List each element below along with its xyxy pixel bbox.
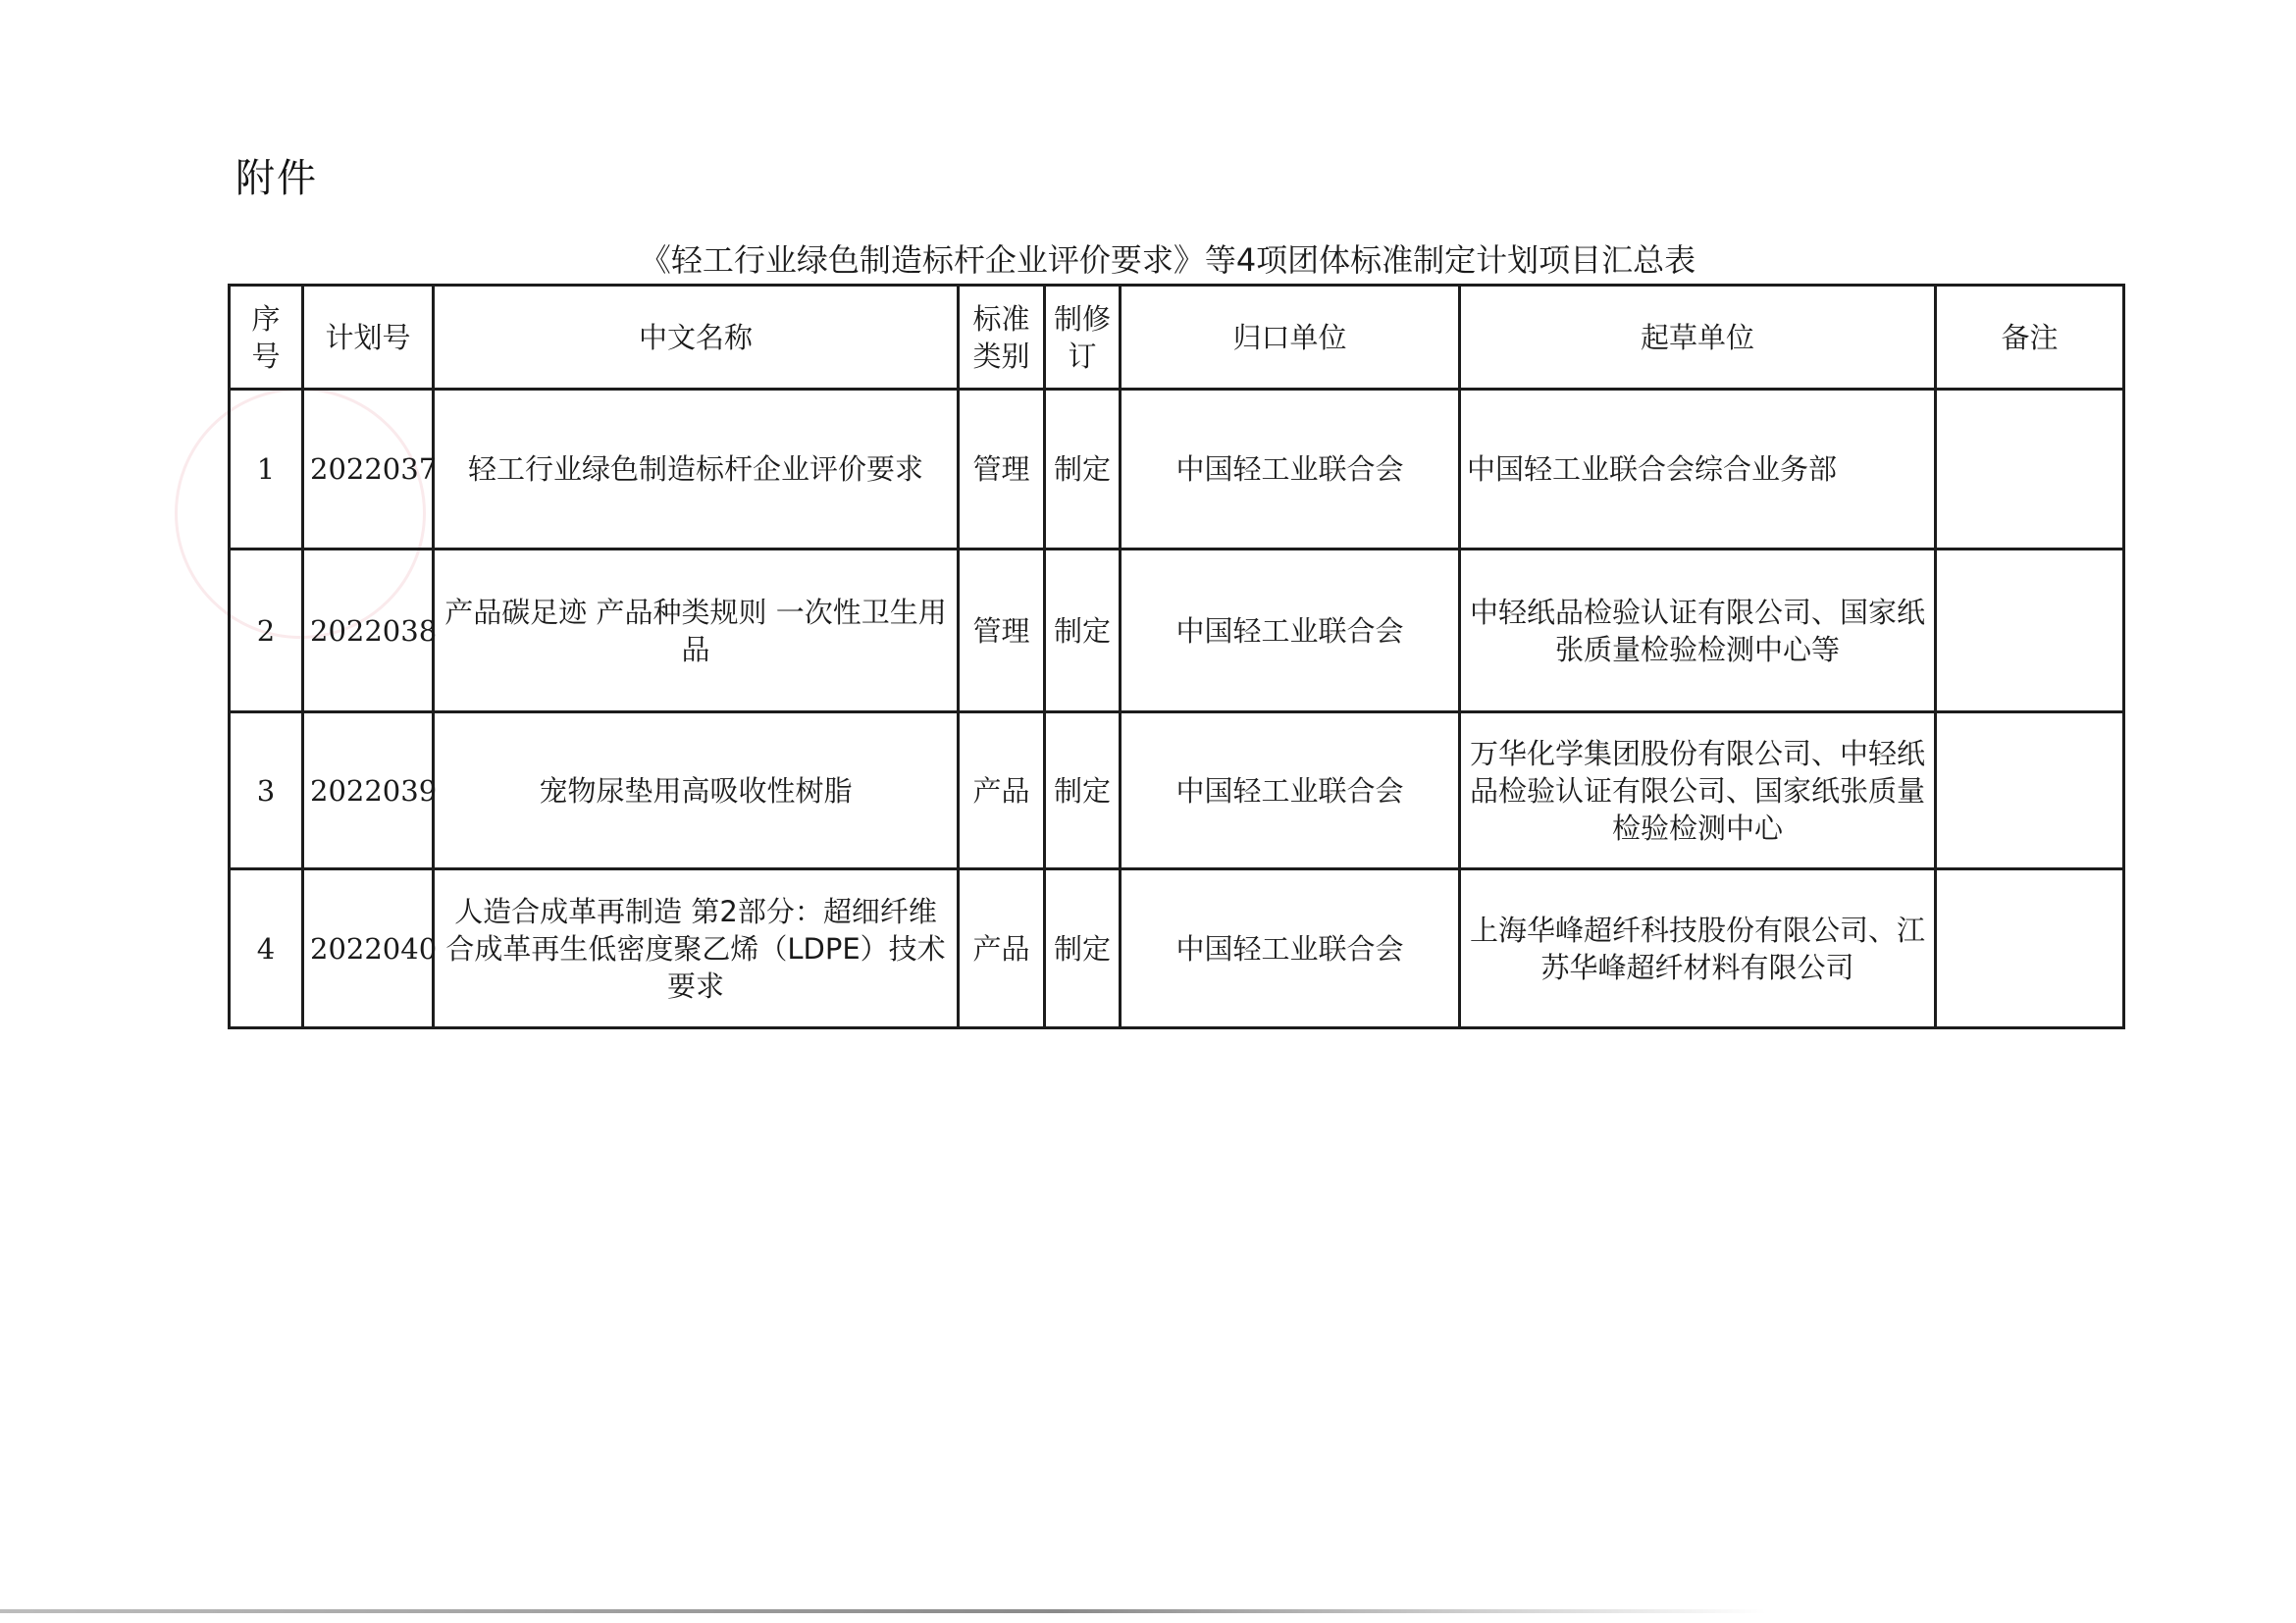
header-remarks: 备注 bbox=[1936, 286, 2124, 390]
cell-plan-no: 2022039 bbox=[303, 712, 434, 869]
cell-std-type: 管理 bbox=[959, 390, 1045, 550]
cell-revision: 制定 bbox=[1045, 869, 1121, 1028]
cell-remarks bbox=[1936, 712, 2124, 869]
cell-cn-name: 宠物尿垫用高吸收性树脂 bbox=[434, 712, 959, 869]
table-row: 3 2022039 宠物尿垫用高吸收性树脂 产品 制定 中国轻工业联合会 万华化… bbox=[230, 712, 2124, 869]
cell-seq: 3 bbox=[230, 712, 303, 869]
header-drafting-unit: 起草单位 bbox=[1460, 286, 1936, 390]
cell-revision: 制定 bbox=[1045, 712, 1121, 869]
attachment-label: 附件 bbox=[235, 147, 318, 203]
cell-remarks bbox=[1936, 390, 2124, 550]
cell-seq: 2 bbox=[230, 550, 303, 712]
cell-seq: 4 bbox=[230, 869, 303, 1028]
cell-responsible-unit: 中国轻工业联合会 bbox=[1121, 390, 1460, 550]
header-responsible-unit: 归口单位 bbox=[1121, 286, 1460, 390]
scan-edge-line bbox=[0, 1609, 1766, 1613]
cell-std-type: 产品 bbox=[959, 869, 1045, 1028]
cell-std-type: 管理 bbox=[959, 550, 1045, 712]
cell-responsible-unit: 中国轻工业联合会 bbox=[1121, 550, 1460, 712]
cell-drafting-unit: 上海华峰超纤科技股份有限公司、江苏华峰超纤材料有限公司 bbox=[1460, 869, 1936, 1028]
header-plan-no: 计划号 bbox=[303, 286, 434, 390]
cell-responsible-unit: 中国轻工业联合会 bbox=[1121, 712, 1460, 869]
cell-drafting-unit: 中国轻工业联合会综合业务部 bbox=[1460, 390, 1936, 550]
table-row: 4 2022040 人造合成革再制造 第2部分：超细纤维合成革再生低密度聚乙烯（… bbox=[230, 869, 2124, 1028]
header-std-type: 标准类别 bbox=[959, 286, 1045, 390]
table-header-row: 序号 计划号 中文名称 标准类别 制修订 归口单位 起草单位 备注 bbox=[230, 286, 2124, 390]
cell-plan-no: 2022038 bbox=[303, 550, 434, 712]
cell-cn-name: 轻工行业绿色制造标杆企业评价要求 bbox=[434, 390, 959, 550]
header-seq: 序号 bbox=[230, 286, 303, 390]
cell-revision: 制定 bbox=[1045, 550, 1121, 712]
document-title: 《轻工行业绿色制造标杆企业评价要求》等4项团体标准制定计划项目汇总表 bbox=[0, 236, 2296, 281]
cell-cn-name: 产品碳足迹 产品种类规则 一次性卫生用品 bbox=[434, 550, 959, 712]
header-cn-name: 中文名称 bbox=[434, 286, 959, 390]
table-row: 2 2022038 产品碳足迹 产品种类规则 一次性卫生用品 管理 制定 中国轻… bbox=[230, 550, 2124, 712]
cell-cn-name: 人造合成革再制造 第2部分：超细纤维合成革再生低密度聚乙烯（LDPE）技术要求 bbox=[434, 869, 959, 1028]
cell-revision: 制定 bbox=[1045, 390, 1121, 550]
cell-drafting-unit: 万华化学集团股份有限公司、中轻纸品检验认证有限公司、国家纸张质量检验检测中心 bbox=[1460, 712, 1936, 869]
cell-drafting-unit: 中轻纸品检验认证有限公司、国家纸张质量检验检测中心等 bbox=[1460, 550, 1936, 712]
cell-std-type: 产品 bbox=[959, 712, 1045, 869]
table-row: 1 2022037 轻工行业绿色制造标杆企业评价要求 管理 制定 中国轻工业联合… bbox=[230, 390, 2124, 550]
standards-plan-table: 序号 计划号 中文名称 标准类别 制修订 归口单位 起草单位 备注 1 2022… bbox=[228, 284, 2125, 1029]
cell-plan-no: 2022037 bbox=[303, 390, 434, 550]
cell-remarks bbox=[1936, 869, 2124, 1028]
cell-seq: 1 bbox=[230, 390, 303, 550]
cell-plan-no: 2022040 bbox=[303, 869, 434, 1028]
cell-responsible-unit: 中国轻工业联合会 bbox=[1121, 869, 1460, 1028]
cell-remarks bbox=[1936, 550, 2124, 712]
header-revision: 制修订 bbox=[1045, 286, 1121, 390]
